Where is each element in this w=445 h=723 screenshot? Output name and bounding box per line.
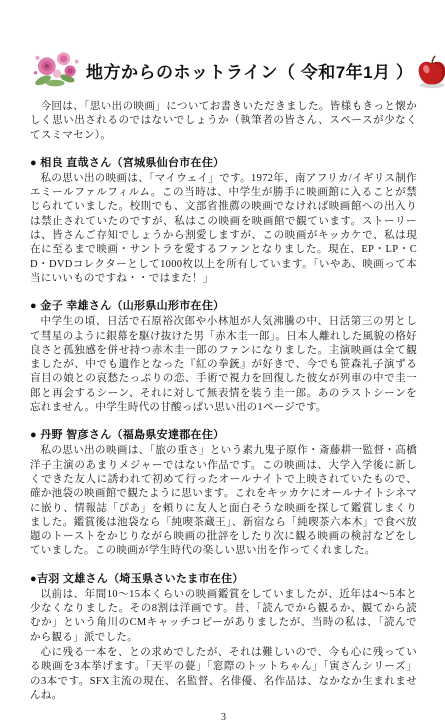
section-paragraph: 私の思い出の映画は、「マイウェイ」です。1972年、南アフリカ/イギリス制作エミ… xyxy=(30,172,417,286)
section-paragraph: 私の思い出の映画は、「旅の重さ」という素九鬼子原作・斎藤耕一監督・高橋洋子主演の… xyxy=(30,444,417,558)
apple-icon xyxy=(413,54,445,90)
page-title: 地方からのホットライン（ 令和7年1月 ） xyxy=(86,58,413,83)
section-paragraph: 以前は、年間10～15本くらいの映画鑑賞をしていましたが、近年は4～5本と少なく… xyxy=(30,588,417,645)
section-yoshiba: ●吉羽 文雄さん（埼玉県さいたま市在住） 以前は、年間10～15本くらいの映画鑑… xyxy=(30,570,417,703)
intro-paragraph: 今回は、「思い出の映画」についてお書きいただきました。皆様もきっと懐かしく思い出… xyxy=(30,100,417,143)
section-kaneko: ● 金子 幸雄さん（山形県山形市在住） 中学生の頃、日活で石原裕次郎や小林旭が人… xyxy=(30,297,417,415)
section-paragraph: 心に残る一本を、との求めでしたが、それは難しいので、今も心に残っている映画を3本… xyxy=(30,646,417,703)
page-number: 3 xyxy=(30,712,417,723)
section-header-yoshiba: ●吉羽 文雄さん（埼玉県さいたま市在住） xyxy=(30,570,417,586)
section-sagara: ● 相良 直哉さん（宮城県仙台市在住） 私の思い出の映画は、「マイウェイ」です。… xyxy=(30,154,417,286)
section-header-sagara: ● 相良 直哉さん（宮城県仙台市在住） xyxy=(30,154,417,170)
document-page: 地方からのホットライン（ 令和7年1月 ） 今回は、「思い出の映画」についてお書… xyxy=(0,0,445,631)
section-header-tanno: ● 丹野 智彦さん（福島県安達郡在住） xyxy=(30,426,417,442)
section-paragraph: 中学生の頃、日活で石原裕次郎や小林旭が人気沸騰の中、日活第三の男として彗星のよう… xyxy=(30,315,417,415)
section-tanno: ● 丹野 智彦さん（福島県安達郡在住） 私の思い出の映画は、「旅の重さ」という素… xyxy=(30,426,417,558)
document-header: 地方からのホットライン（ 令和7年1月 ） xyxy=(30,50,417,90)
rose-bouquet-icon xyxy=(30,50,86,90)
section-header-kaneko: ● 金子 幸雄さん（山形県山形市在住） xyxy=(30,297,417,313)
